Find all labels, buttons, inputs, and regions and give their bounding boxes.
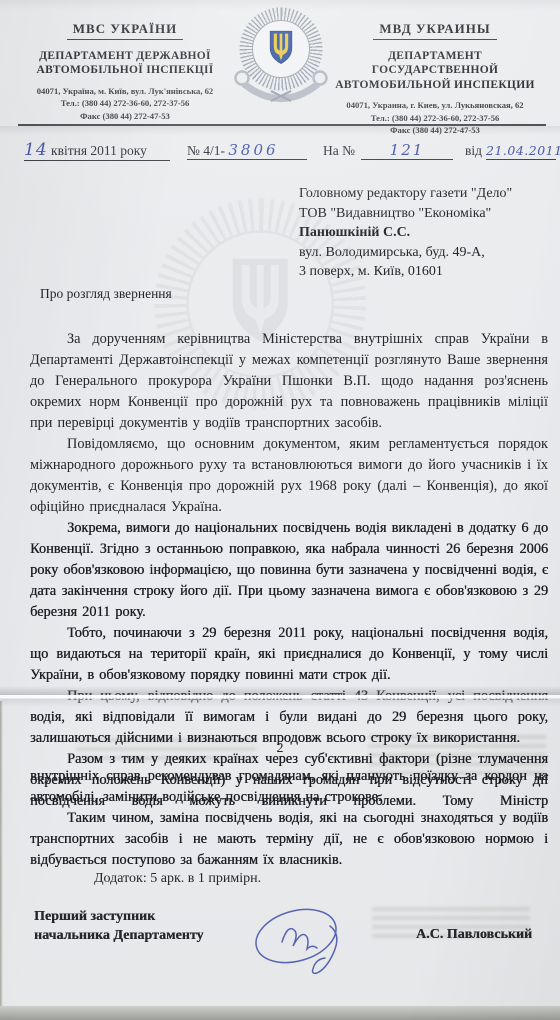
signer-name: А.С. Павловський: [416, 927, 532, 943]
reference-line: 14 квітня 2011 року№ 4/1- 3806На №121від…: [24, 140, 552, 161]
recipient-street: вул. Володимирська, буд. 49-А,: [299, 243, 551, 263]
number-printed: № 4/1-: [187, 143, 225, 158]
page-number: 2: [0, 741, 560, 757]
paragraph: Таким чином, заміна посвідчень водія, як…: [30, 808, 548, 871]
letterhead-russian: МВД УКРАИНЫ ДЕПАРТАМЕНТ ГОСУДАРСТВЕННОЙ …: [326, 20, 544, 136]
address-block-ru: 04071, Украина, г. Киев, ул. Лукьяновска…: [326, 99, 544, 136]
letter-body-page2: внутрішніх справ рекомендував громадянам…: [30, 766, 548, 871]
outgoing-number-field: № 4/1- 3806: [187, 141, 307, 160]
recipient-name: Панюшкіній С.С.: [299, 223, 551, 243]
paragraph: внутрішніх справ рекомендував громадянам…: [30, 766, 548, 808]
handwritten-day: 14: [24, 140, 48, 160]
handwritten-number: 3806: [228, 141, 278, 159]
handwritten-signature-icon: [246, 896, 378, 992]
page-edge-shadow: [0, 686, 560, 695]
recipient-block: Головному редактору газети "Дело" ТОВ "В…: [299, 184, 551, 282]
paragraph: Тобто, починаючи з 29 березня 2011 року,…: [30, 623, 548, 686]
fax-ru: Факс (380 44) 272-47-53: [326, 124, 544, 136]
emblem-ribbon-icon: [231, 67, 331, 113]
from-date-field: 21.04.2011: [486, 143, 556, 160]
scan-bottom-edge: [0, 1006, 560, 1020]
phone-ua: Тел.: (380 44) 272-36-60, 272-37-56: [16, 97, 234, 109]
date-field: 14 квітня 2011 року: [24, 140, 170, 161]
scanned-letter-page: МВС УКРАЇНИ ДЕПАРТАМЕНТ ДЕРЖАВНОЇ АВТОМО…: [0, 0, 560, 1020]
ukraine-trident-icon: [269, 29, 293, 67]
phone-ru: Тел.: (380 44) 272-36-60, 272-37-56: [326, 112, 544, 124]
address-block-ua: 04071, Україна, м. Київ, вул. Лук'янівсь…: [16, 85, 234, 122]
from-label: від: [465, 143, 482, 158]
recipient-position: Головному редактору газети "Дело": [299, 184, 551, 204]
page-seam: [0, 695, 560, 707]
signer-title-line1: Перший заступник: [34, 908, 204, 927]
page2-left-edge: [0, 701, 3, 1006]
reply-label: На №: [323, 143, 355, 158]
reply-number-field: 121: [361, 141, 453, 160]
letterhead-ukrainian: МВС УКРАЇНИ ДЕПАРТАМЕНТ ДЕРЖАВНОЇ АВТОМО…: [16, 20, 234, 122]
attachment-note: Додаток: 5 арк. в 1 примірн.: [94, 871, 261, 887]
org-name-ua: МВС УКРАЇНИ: [67, 21, 184, 40]
org-name-ru: МВД УКРАИНЫ: [373, 21, 496, 40]
letter-body-page1: За дорученням керівництва Міністерства в…: [30, 329, 548, 812]
subject-line: Про розгляд звернення: [40, 286, 172, 302]
paragraph: За дорученням керівництва Міністерства в…: [30, 329, 548, 434]
mvs-emblem-icon: [237, 5, 325, 117]
recipient-city: 3 поверх, м. Київ, 01601: [299, 262, 551, 282]
fax-ua: Факс (380 44) 272-47-53: [16, 110, 234, 122]
address-ua: 04071, Україна, м. Київ, вул. Лук'янівсь…: [16, 85, 234, 97]
signer-title: Перший заступник начальника Департаменту: [34, 908, 204, 946]
address-ru: 04071, Украина, г. Киев, ул. Лукьяновска…: [326, 99, 544, 111]
department-name-ru: ДЕПАРТАМЕНТ ГОСУДАРСТВЕННОЙ АВТОМОБИЛЬНО…: [326, 49, 544, 92]
paragraph: Повідомляємо, що основним документом, як…: [30, 434, 548, 518]
signer-title-line2: начальника Департаменту: [34, 927, 204, 946]
paragraph: Зокрема, вимоги до національних посвідче…: [30, 518, 548, 623]
letterhead-divider: [18, 124, 546, 126]
handwritten-reply-number: 121: [390, 141, 425, 159]
handwritten-from-date: 21.04.2011: [486, 143, 560, 158]
department-name-ua: ДЕПАРТАМЕНТ ДЕРЖАВНОЇ АВТОМОБІЛЬНОЇ ІНСП…: [16, 49, 234, 78]
recipient-company: ТОВ "Видавництво "Економіка": [299, 204, 551, 224]
date-printed: квітня 2011 року: [51, 143, 147, 158]
